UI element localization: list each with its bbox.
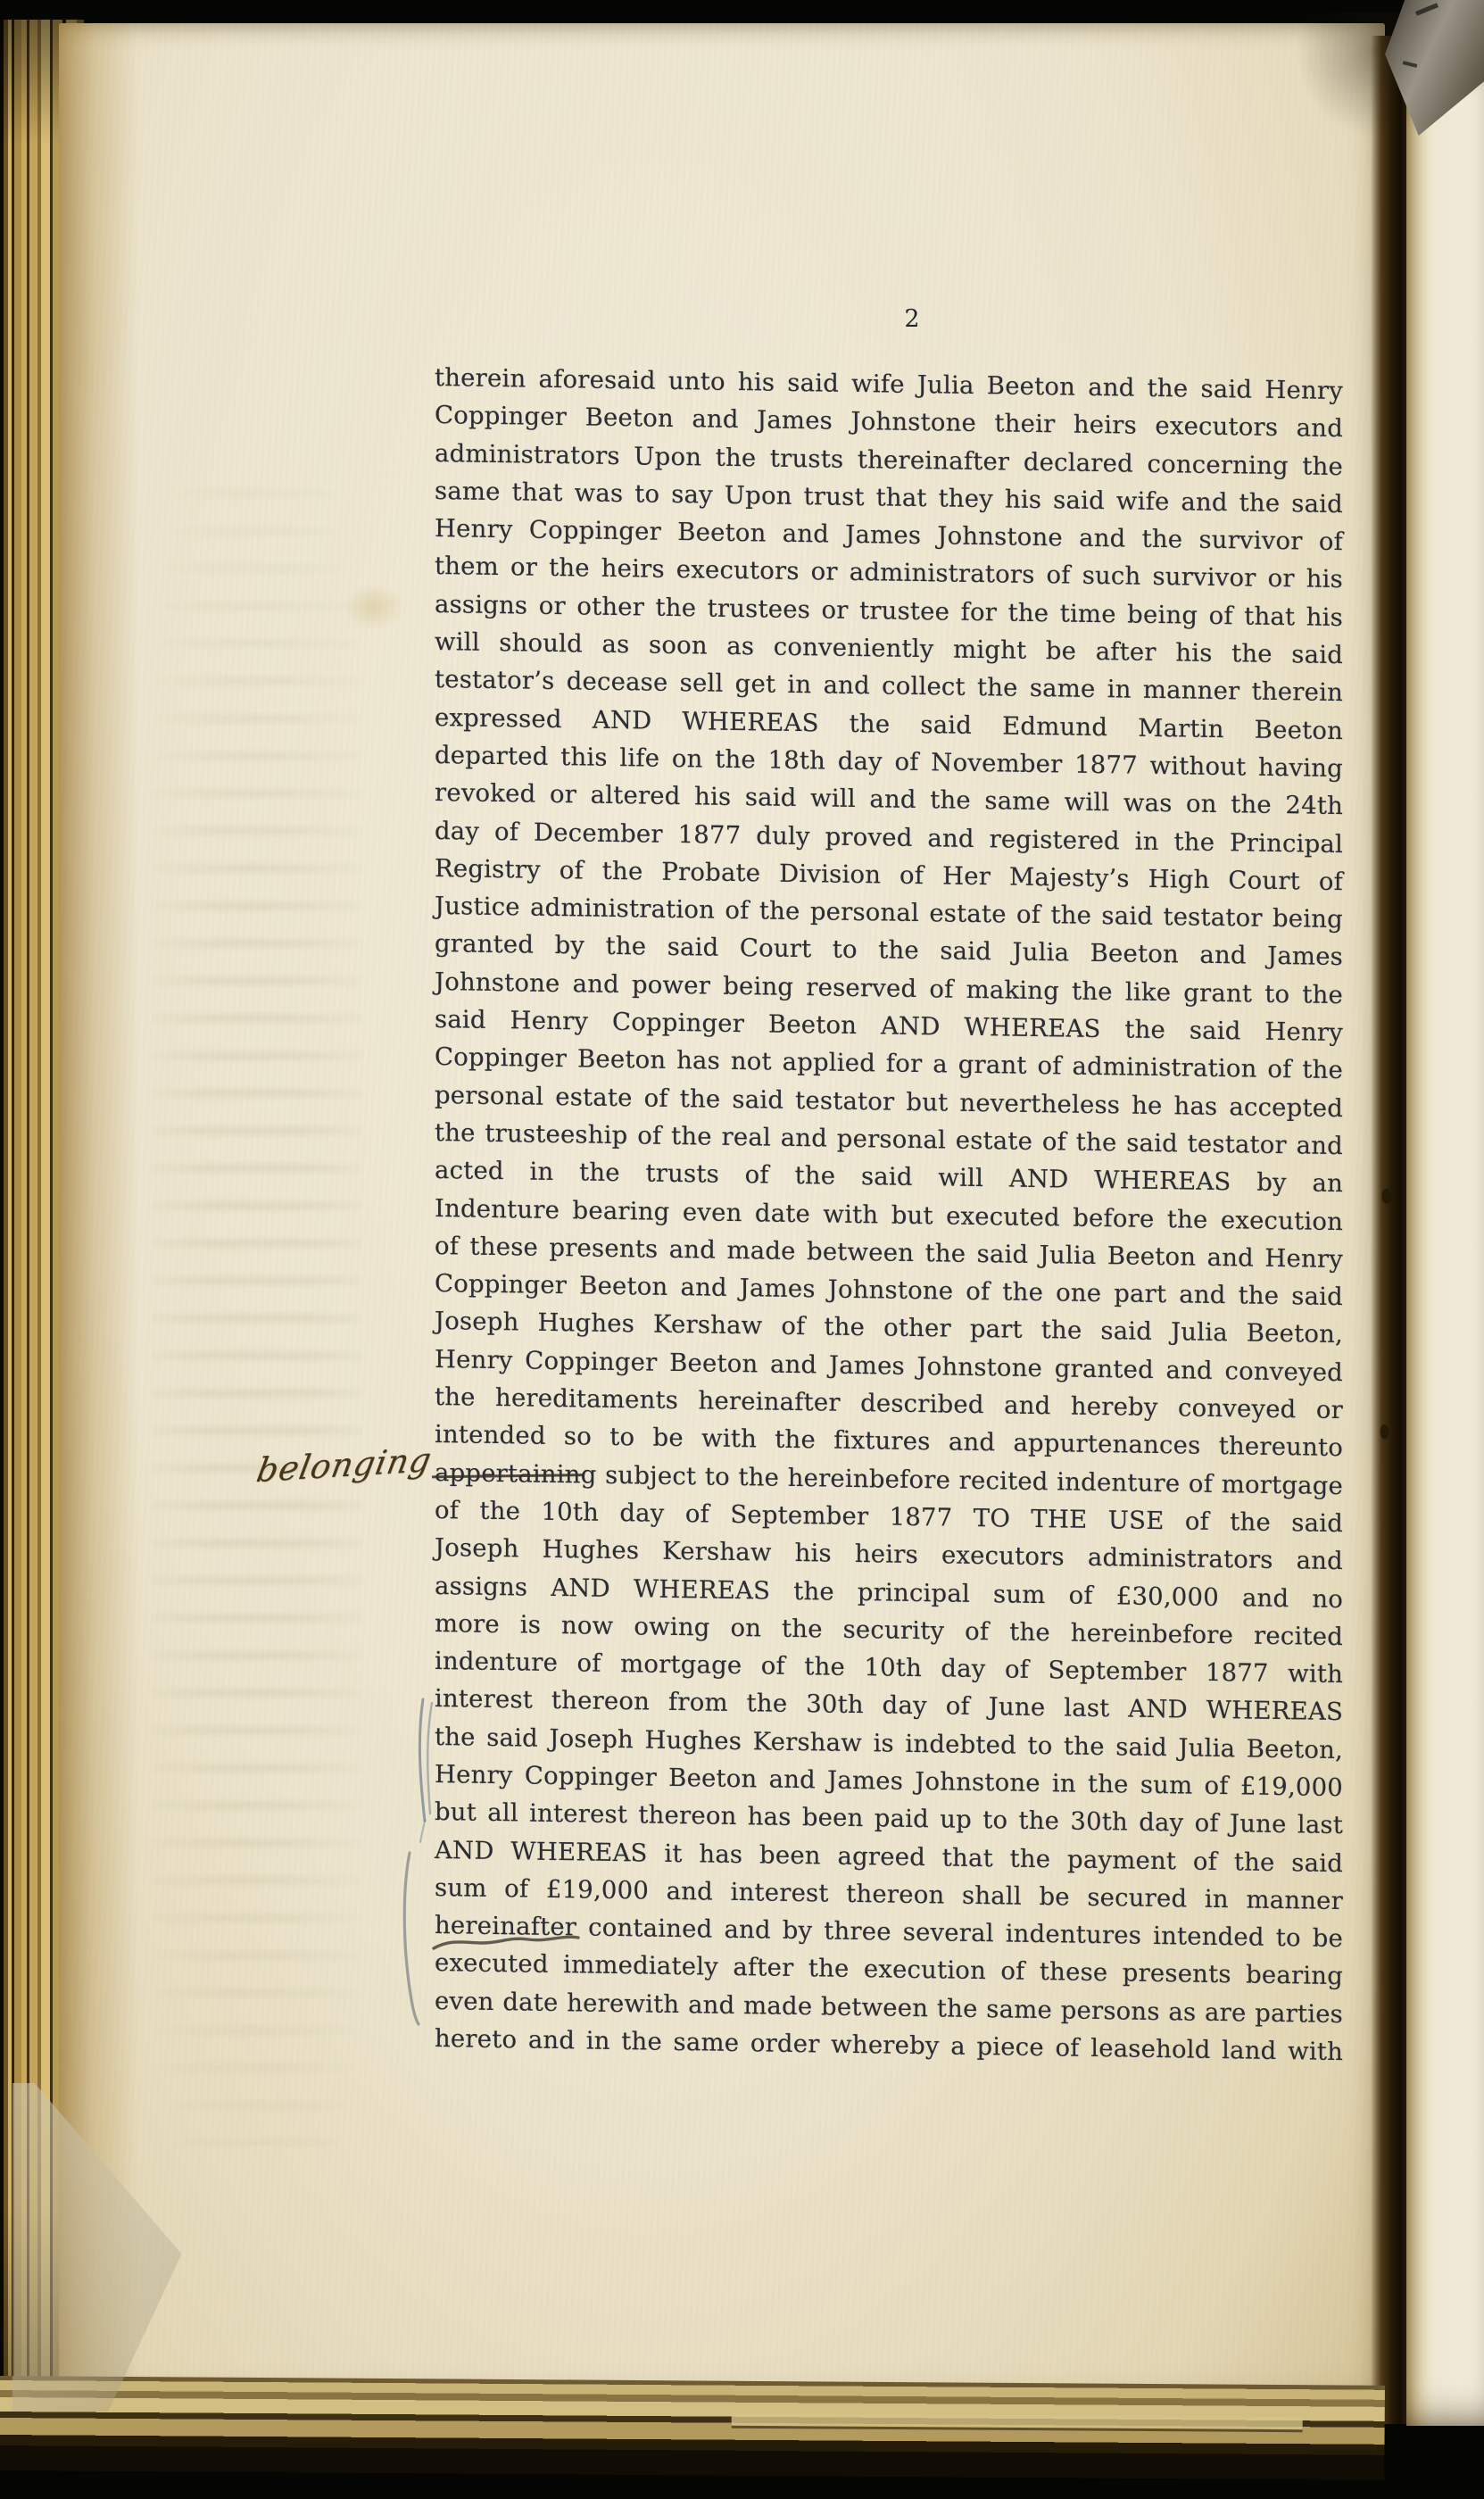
- binding-stitch: [1382, 1189, 1390, 1201]
- book-bottom-page-stack-edge: [0, 2376, 1385, 2480]
- corner-print-mark: [1403, 61, 1417, 68]
- page-number: 2: [892, 305, 932, 333]
- paper-stain: [343, 584, 405, 630]
- text-block: therein aforesaid unto his said wife Jul…: [435, 359, 1343, 2071]
- book-photo: 2 therein aforesaid unto his said wife J…: [0, 0, 1484, 2499]
- next-page-edge: [1406, 70, 1484, 2426]
- binding-stitch: [1380, 1424, 1389, 1437]
- ink-showthrough: [152, 487, 362, 2147]
- curled-corner-shadow: [1296, 12, 1410, 137]
- struck-word: appertainin: [435, 1458, 581, 1489]
- book-gutter: [1371, 36, 1410, 2424]
- corner-print-mark: [1415, 3, 1438, 15]
